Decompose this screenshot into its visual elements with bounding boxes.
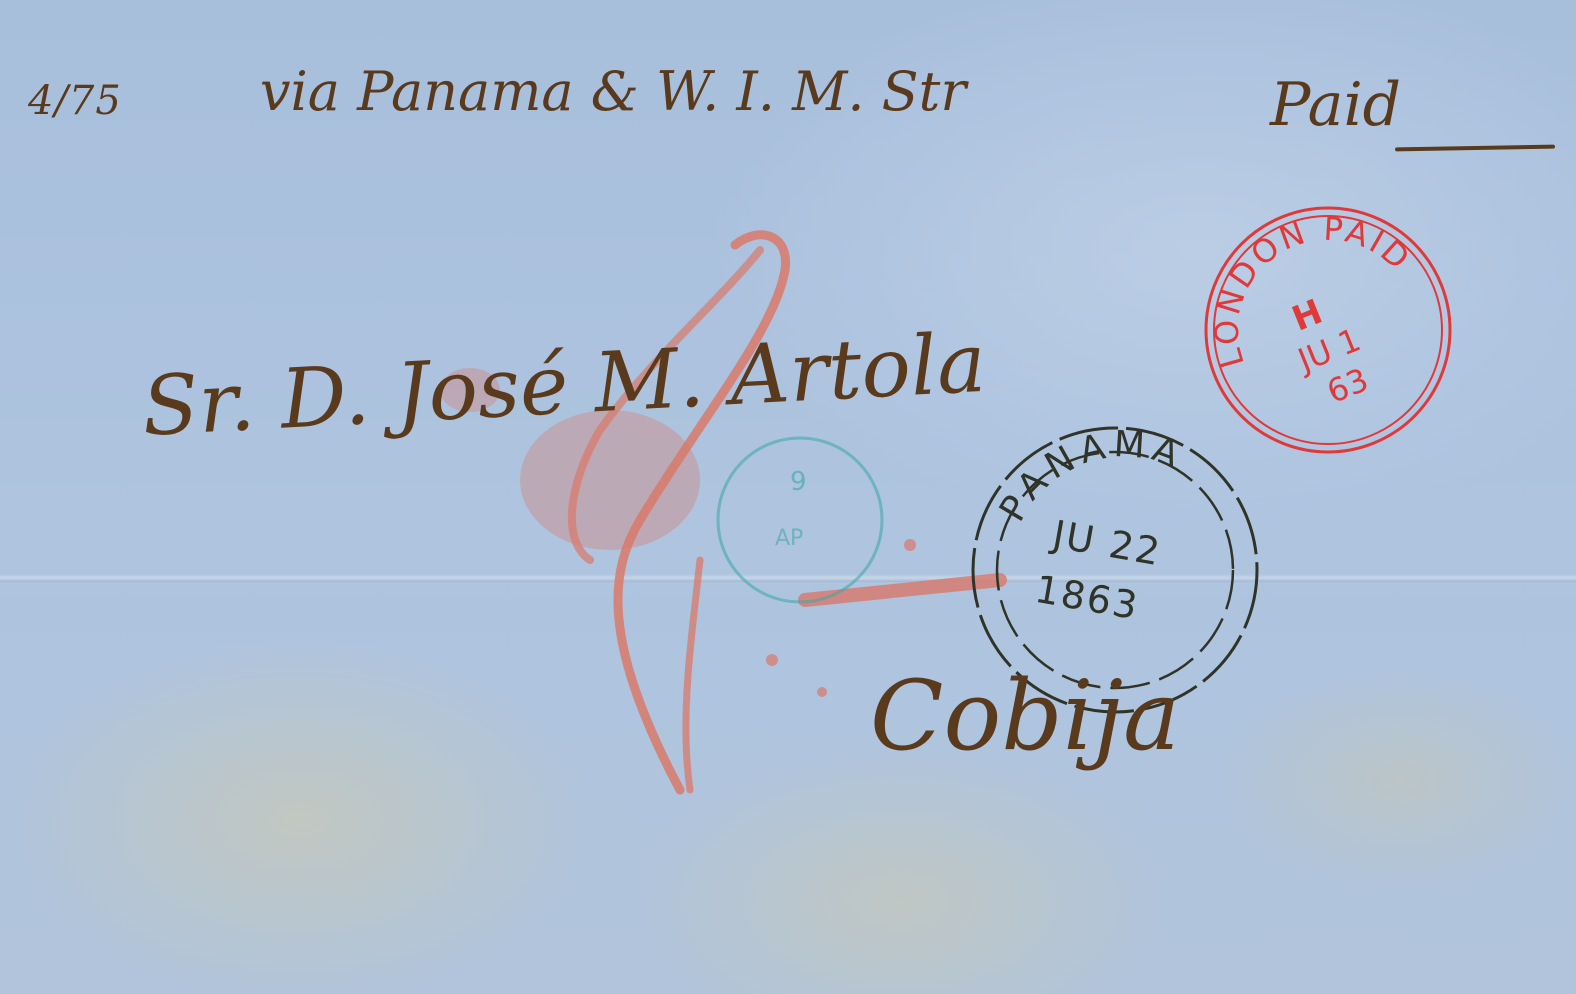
paid-endorsement: Paid bbox=[1270, 70, 1401, 140]
panama-postmark-date: JU 22 bbox=[1048, 512, 1165, 575]
postal-cover: 9 AP LONDON PAID H JU 1 63 PANAMA JU 2 bbox=[0, 0, 1576, 994]
route-endorsement: via Panama & W. I. M. Str bbox=[260, 60, 966, 123]
panama-postmark: PANAMA JU 22 1863 bbox=[0, 0, 1576, 994]
destination-town: Cobija bbox=[870, 660, 1180, 772]
panama-postmark-year: 1863 bbox=[1032, 567, 1143, 629]
rate-notation: 4/75 bbox=[28, 78, 122, 124]
